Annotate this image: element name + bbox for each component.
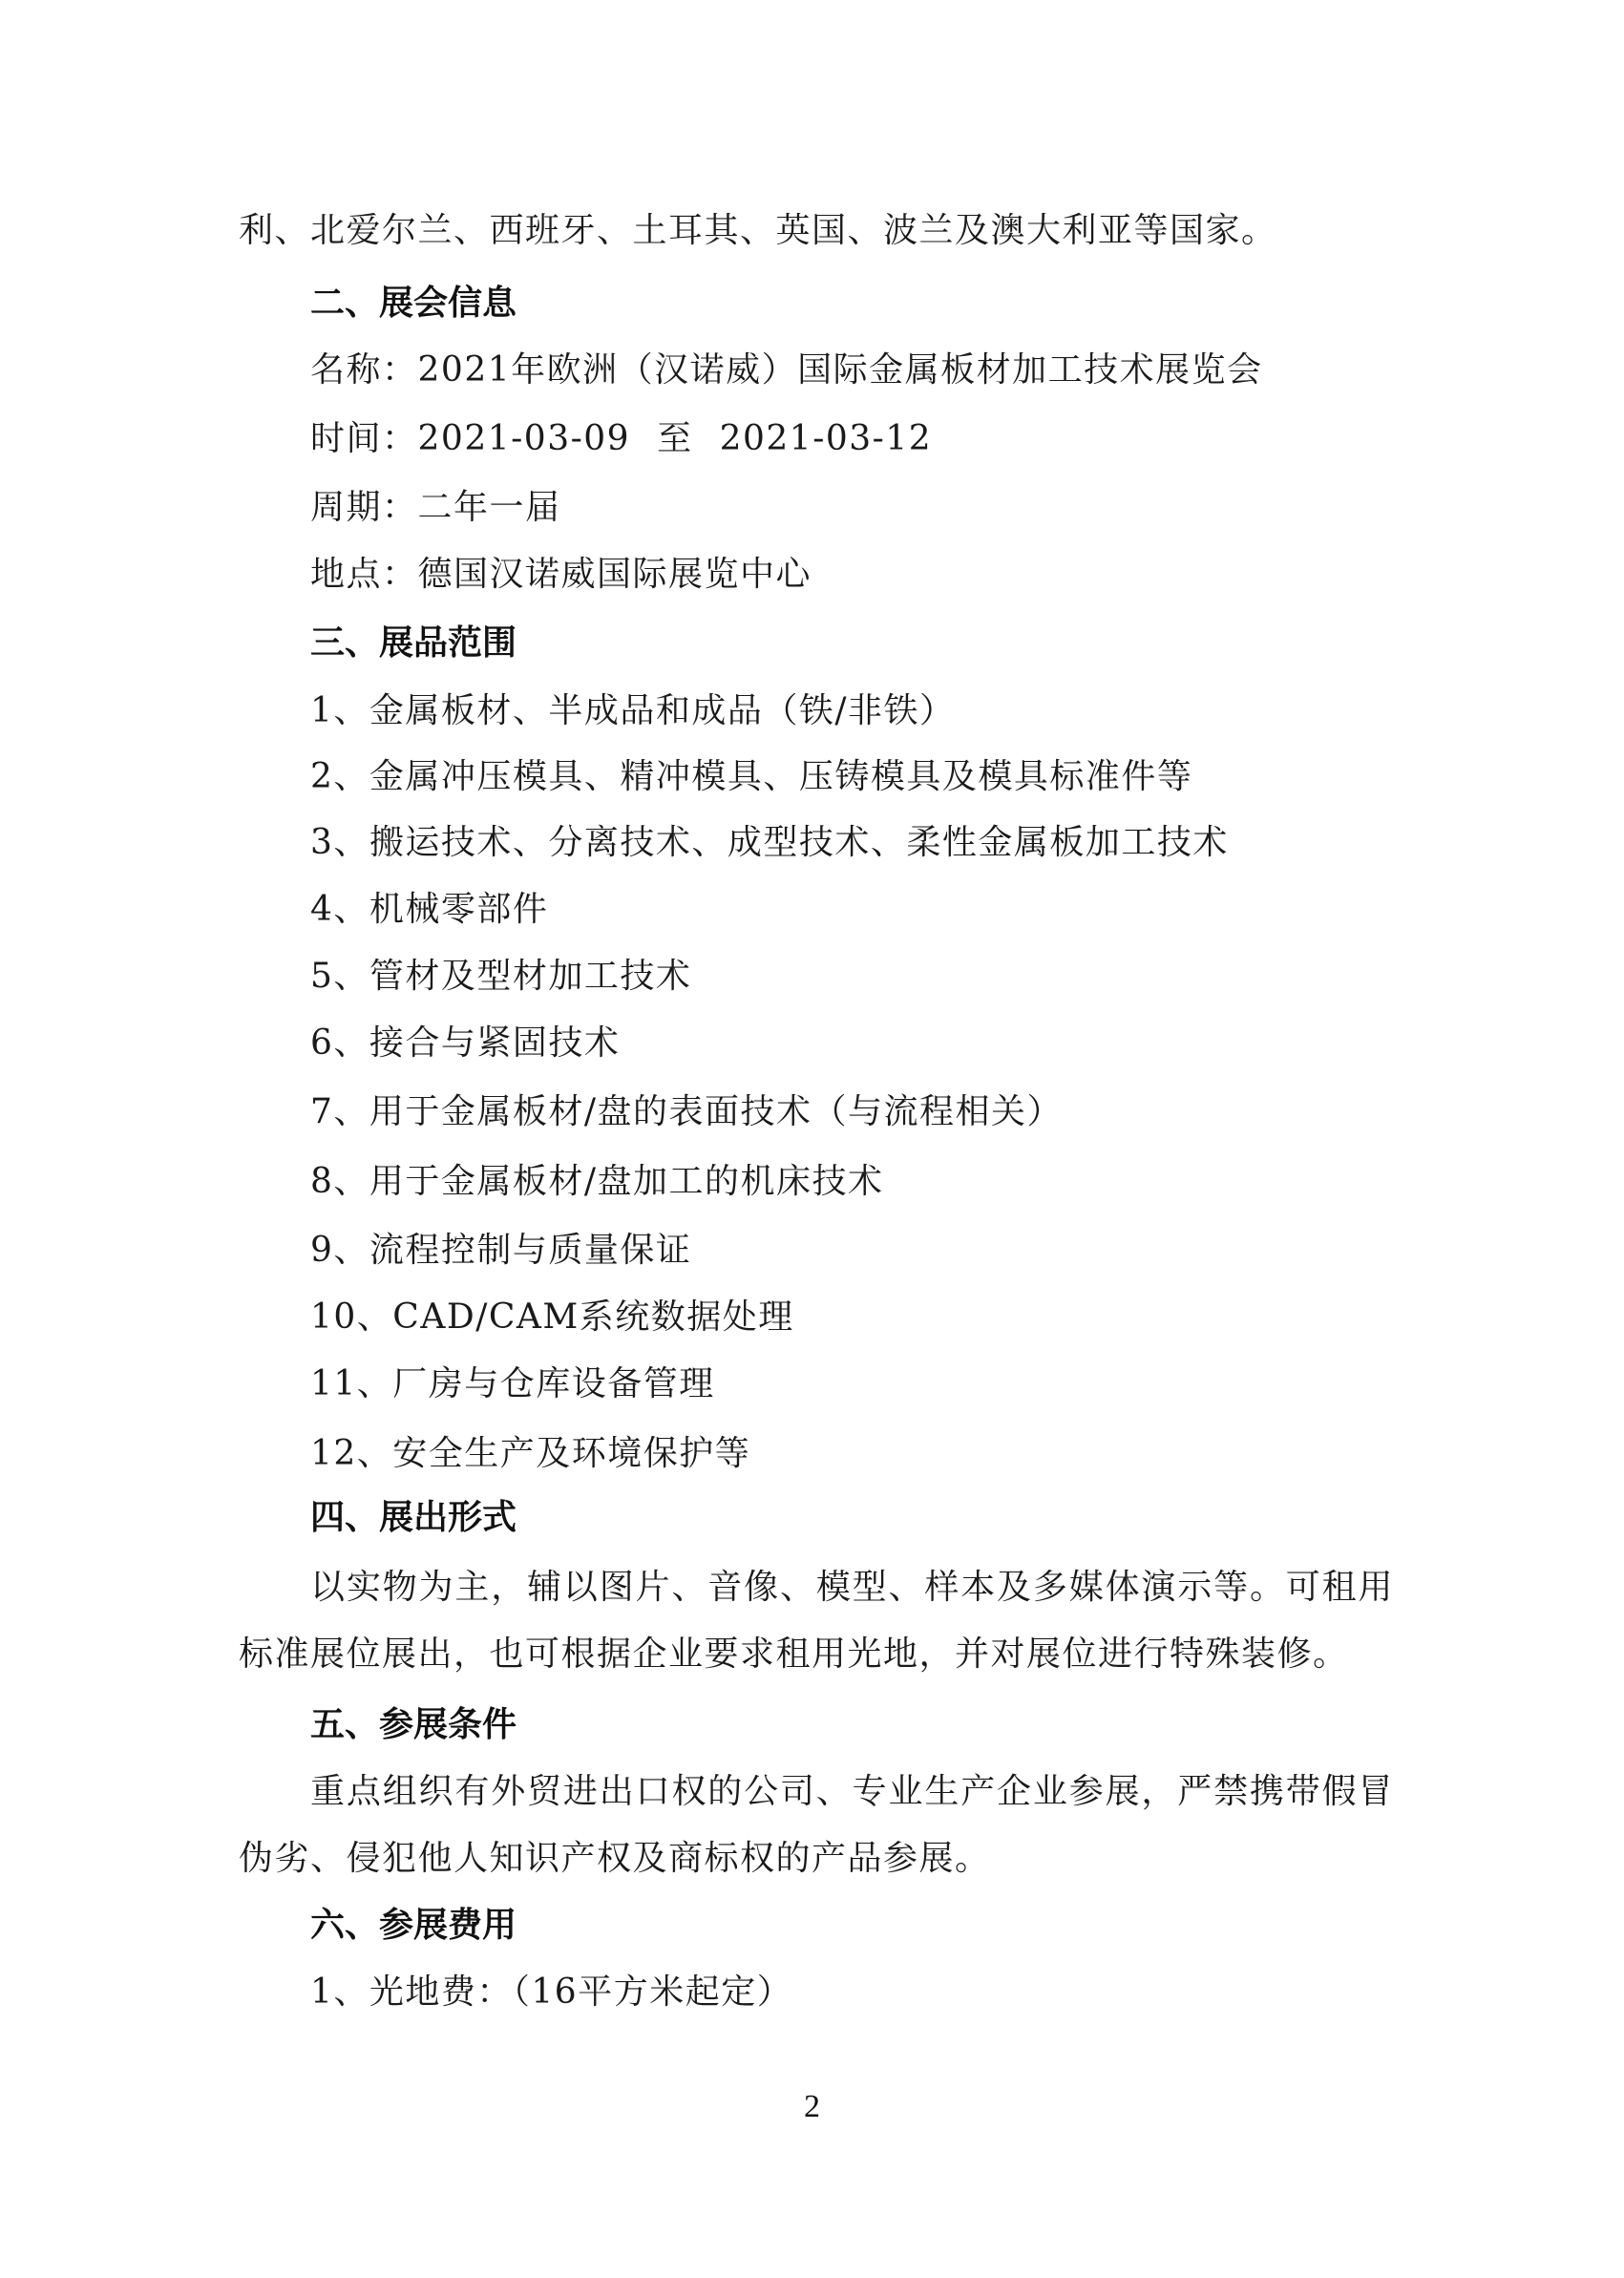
scope-item: 7、用于金属板材/盘的表面技术（与流程相关）: [310, 1091, 1470, 1133]
scope-item: 4、机械零部件: [310, 889, 1470, 931]
scope-item: 3、搬运技术、分离技术、成型技术、柔性金属板加工技术: [310, 822, 1470, 864]
scope-item: 2、金属冲压模具、精冲模具、压铸模具及模具标准件等: [310, 756, 1470, 798]
fee-item: 1、光地费：（16平方米起定）: [310, 1972, 1470, 2014]
scope-item: 11、厂房与仓库设备管理: [310, 1363, 1470, 1405]
exhibition-location-row: 地点：德国汉诺威国际展览中心: [310, 554, 1470, 596]
continuation-line: 利、北爱尔兰、西班牙、土耳其、英国、波兰及澳大利亚等国家。: [239, 210, 1399, 252]
time-end: 2021-03-12: [720, 419, 933, 458]
name-value: 2021年欧洲（汉诺威）国际金属板材加工技术展览会: [418, 350, 1263, 390]
time-to: 至: [657, 419, 693, 458]
cycle-value: 二年一届: [418, 488, 561, 527]
paragraph-line: 以实物为主，辅以图片、音像、模型、样本及多媒体演示等。可租用: [310, 1567, 1394, 1609]
paragraph-line: 重点组织有外贸进出口权的公司、专业生产企业参展，严禁携带假冒: [310, 1771, 1394, 1813]
section-heading-participation-fees: 六、参展费用: [310, 1905, 1470, 1947]
scope-item: 6、接合与紧固技术: [310, 1023, 1470, 1065]
scope-item: 9、流程控制与质量保证: [310, 1230, 1470, 1272]
cycle-label: 周期：: [310, 488, 418, 527]
location-label: 地点：: [310, 555, 418, 594]
time-start: 2021-03-09: [418, 419, 631, 458]
section-heading-exhibit-scope: 三、展品范围: [310, 622, 1470, 664]
exhibition-name-row: 名称：2021年欧洲（汉诺威）国际金属板材加工技术展览会: [310, 349, 1470, 391]
section-heading-exhibition-info: 二、展会信息: [310, 283, 1470, 325]
scope-item: 5、管材及型材加工技术: [310, 956, 1470, 998]
exhibition-time-row: 时间：2021-03-09至2021-03-12: [310, 418, 1470, 460]
location-value: 德国汉诺威国际展览中心: [418, 555, 812, 594]
time-label: 时间：: [310, 419, 418, 458]
scope-item: 10、CAD/CAM系统数据处理: [310, 1297, 1470, 1339]
section-heading-exhibition-form: 四、展出形式: [310, 1497, 1470, 1539]
page-number: 2: [0, 2089, 1624, 2125]
document-page: 利、北爱尔兰、西班牙、土耳其、英国、波兰及澳大利亚等国家。 二、展会信息 名称：…: [0, 0, 1624, 2278]
section-heading-participation-conditions: 五、参展条件: [310, 1704, 1470, 1746]
exhibition-cycle-row: 周期：二年一届: [310, 487, 1470, 529]
paragraph-line: 标准展位展出，也可根据企业要求租用光地，并对展位进行特殊装修。: [239, 1634, 1399, 1676]
name-label: 名称：: [310, 350, 418, 390]
paragraph-line: 伪劣、侵犯他人知识产权及商标权的产品参展。: [239, 1838, 1399, 1880]
scope-item: 12、安全生产及环境保护等: [310, 1433, 1470, 1475]
scope-item: 8、用于金属板材/盘加工的机床技术: [310, 1161, 1470, 1203]
scope-item: 1、金属板材、半成品和成品（铁/非铁）: [310, 690, 1470, 732]
